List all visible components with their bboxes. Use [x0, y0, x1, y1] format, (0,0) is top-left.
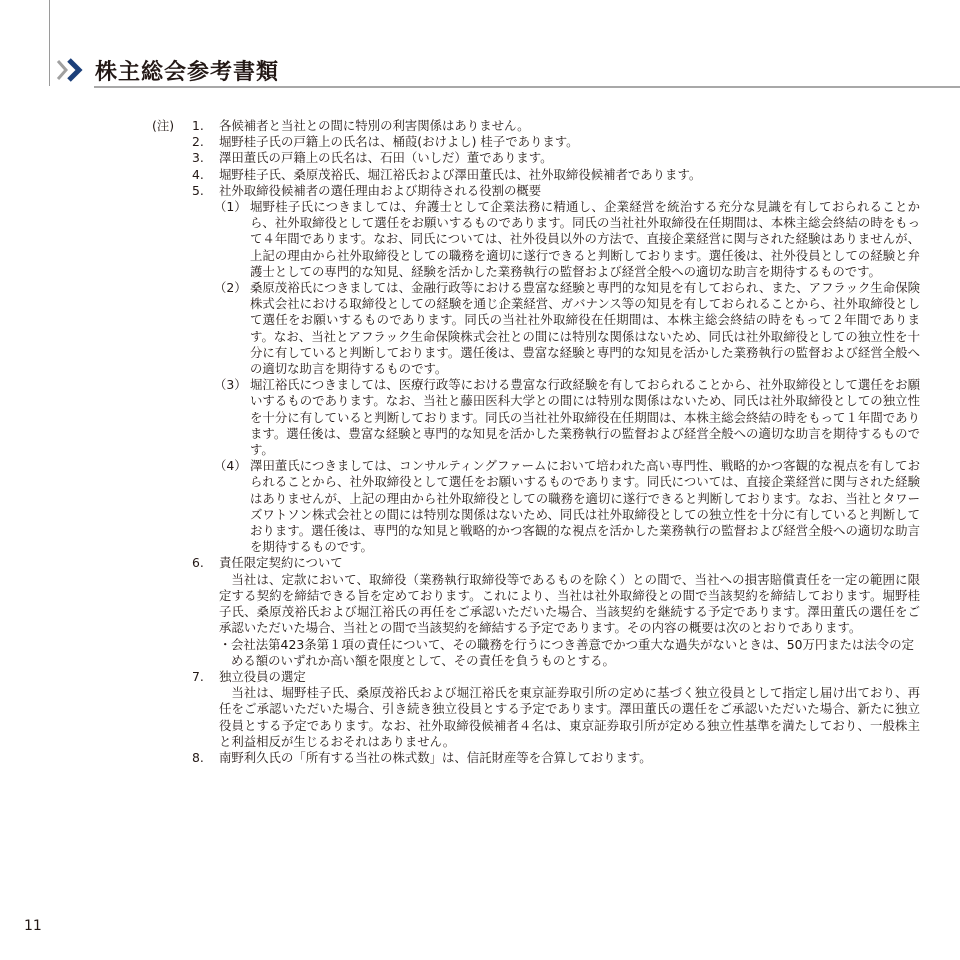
reason-item: （3） 堀江裕氏につきましては、医療行政等における豊富な行政経験を有しておられる…: [214, 377, 920, 458]
double-chevron-icon: [56, 58, 86, 82]
reason-text: 桑原茂裕氏につきましては、金融行政等における豊富な経験と専門的な知見を有しておら…: [250, 280, 920, 377]
independent-paragraph: 当社は、堀野桂子氏、桑原茂裕氏および堀江裕氏を東京証券取引所の定めに基づく独立役…: [219, 685, 920, 750]
note-number: 5.: [192, 183, 219, 199]
note-heading: 独立役員の選定: [219, 669, 306, 685]
note-item: 3. 澤田董氏の戸籍上の氏名は、石田（いしだ）董であります。: [152, 150, 920, 166]
liability-paragraph: 当社は、定款において、取締役（業務執行取締役等であるものを除く）との間で、当社へ…: [219, 572, 920, 637]
note-text: 各候補者と当社との間に特別の利害関係はありません。: [219, 118, 530, 134]
note-number: 6.: [192, 555, 219, 571]
margin-rule: [49, 0, 50, 86]
note-item: (注) 1. 各候補者と当社との間に特別の利害関係はありません。: [152, 118, 920, 134]
liability-bullet: ・ 会社法第423条第１項の責任について、その職務を行うにつき善意でかつ重大な過…: [219, 637, 920, 669]
reason-number: （3）: [214, 377, 250, 458]
note-number: 3.: [192, 150, 219, 166]
note-text: 澤田董氏の戸籍上の氏名は、石田（いしだ）董であります。: [219, 150, 553, 166]
note-item: 5. 社外取締役候補者の選任理由および期待される役割の概要: [152, 183, 920, 199]
note-label: (注): [152, 118, 192, 134]
reason-number: （2）: [214, 280, 250, 377]
title-underline: [94, 86, 960, 88]
note-text: 南野利久氏の「所有する当社の株式数」は、信託財産等を合算しております。: [219, 750, 652, 766]
note-number: 4.: [192, 167, 219, 183]
selection-reasons: （1） 堀野桂子氏につきましては、弁護士として企業法務に精通し、企業経営を統治す…: [152, 199, 920, 555]
liability-body: 当社は、定款において、取締役（業務執行取締役等であるものを除く）との間で、当社へ…: [152, 572, 920, 669]
note-item-liability: 6. 責任限定契約について: [152, 555, 920, 571]
bullet-mark: ・: [219, 637, 231, 669]
page-title: 株主総会参考書類: [95, 55, 279, 86]
reason-item: （2） 桑原茂裕氏につきましては、金融行政等における豊富な経験と専門的な知見を有…: [214, 280, 920, 377]
note-number: 7.: [192, 669, 219, 685]
notes-section: (注) 1. 各候補者と当社との間に特別の利害関係はありません。 2. 堀野桂子…: [152, 118, 920, 766]
reason-text: 堀江裕氏につきましては、医療行政等における豊富な行政経験を有しておられることから…: [250, 377, 920, 458]
reason-item: （4） 澤田董氏につきましては、コンサルティングファームにおいて培われた高い専門…: [214, 458, 920, 555]
note-item-independent: 7. 独立役員の選定: [152, 669, 920, 685]
note-item: 8. 南野利久氏の「所有する当社の株式数」は、信託財産等を合算しております。: [152, 750, 920, 766]
bullet-text: 会社法第423条第１項の責任について、その職務を行うにつき善意でかつ重大な過失が…: [231, 637, 920, 669]
note-number: 1.: [192, 118, 219, 134]
note-text: 堀野桂子氏の戸籍上の氏名は、桶葭(おけよし) 桂子であります。: [219, 134, 579, 150]
section-header: 株主総会参考書類: [56, 54, 279, 86]
note-item: 4. 堀野桂子氏、桑原茂裕氏、堀江裕氏および澤田董氏は、社外取締役候補者でありま…: [152, 167, 920, 183]
note-text: 社外取締役候補者の選任理由および期待される役割の概要: [219, 183, 541, 199]
reason-text: 澤田董氏につきましては、コンサルティングファームにおいて培われた高い専門性、戦略…: [250, 458, 920, 555]
note-text: 堀野桂子氏、桑原茂裕氏、堀江裕氏および澤田董氏は、社外取締役候補者であります。: [219, 167, 701, 183]
reason-text: 堀野桂子氏につきましては、弁護士として企業法務に精通し、企業経営を統治する充分な…: [250, 199, 920, 280]
page-number: 11: [24, 918, 42, 934]
reason-item: （1） 堀野桂子氏につきましては、弁護士として企業法務に精通し、企業経営を統治す…: [214, 199, 920, 280]
note-heading: 責任限定契約について: [219, 555, 343, 571]
independent-body: 当社は、堀野桂子氏、桑原茂裕氏および堀江裕氏を東京証券取引所の定めに基づく独立役…: [152, 685, 920, 750]
reason-number: （1）: [214, 199, 250, 280]
note-item: 2. 堀野桂子氏の戸籍上の氏名は、桶葭(おけよし) 桂子であります。: [152, 134, 920, 150]
note-number: 8.: [192, 750, 219, 766]
note-number: 2.: [192, 134, 219, 150]
reason-number: （4）: [214, 458, 250, 555]
